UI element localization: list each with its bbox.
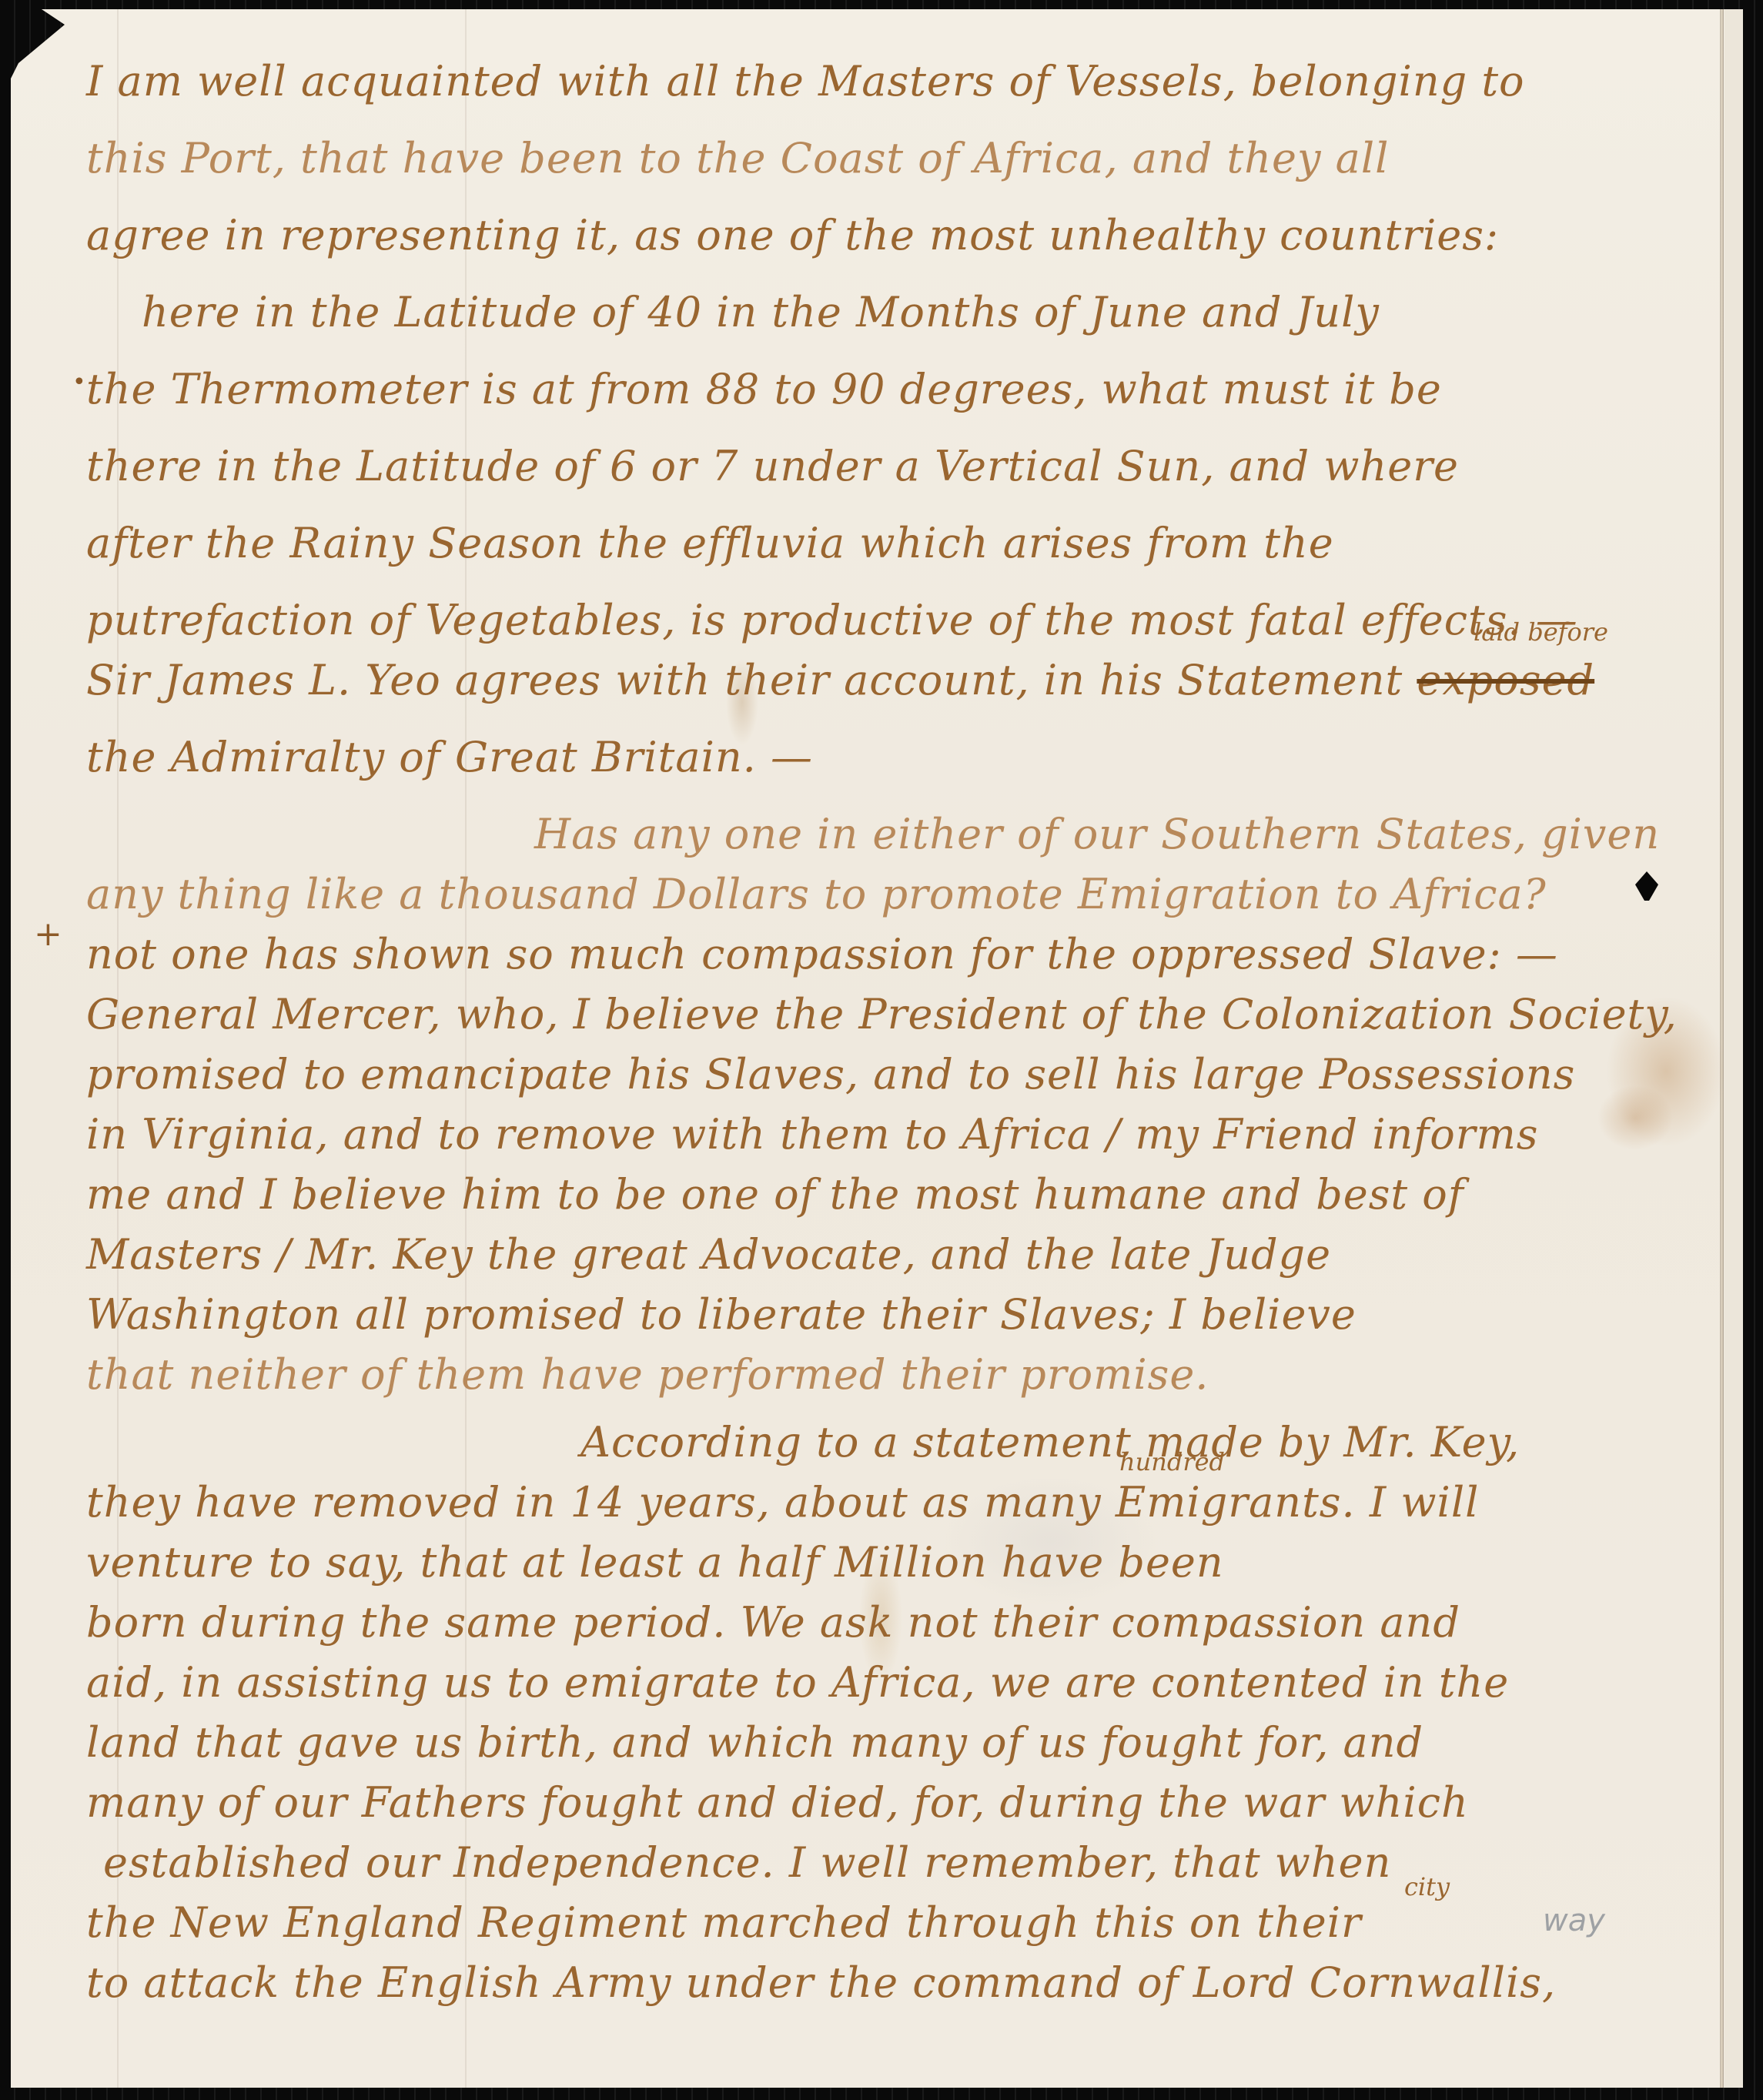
manuscript-line-23: venture to say, that at least a half Mil… <box>86 1538 1224 1587</box>
margin-cross-mark: + <box>34 918 62 951</box>
manuscript-line-19: Washington all promised to liberate thei… <box>86 1290 1357 1339</box>
manuscript-line-8: putrefaction of Vegetables, is productiv… <box>86 596 1578 644</box>
margin-dot-mark: • <box>72 371 86 394</box>
interlinear-insertion-hundred: hundred <box>1119 1447 1225 1476</box>
manuscript-line-25: aid, in assisting us to emigrate to Afri… <box>86 1658 1509 1707</box>
struck-word: exposed <box>1417 656 1594 704</box>
scan-frame: + • I am well acquainted with all the Ma… <box>0 0 1763 2100</box>
manuscript-line-14: General Mercer, who, I believe the Presi… <box>86 990 1678 1038</box>
manuscript-line-4: here in the Latitude of 40 in the Months… <box>142 288 1380 336</box>
manuscript-line-11: Has any one in either of our Southern St… <box>534 810 1660 858</box>
manuscript-sheet: + • I am well acquainted with all the Ma… <box>11 9 1743 2088</box>
manuscript-line-20: that neither of them have performed thei… <box>86 1350 1209 1399</box>
line-9-text: Sir James L. Yeo agrees with their accou… <box>86 656 1403 704</box>
manuscript-line-3: agree in representing it, as one of the … <box>86 211 1499 259</box>
manuscript-line-13: not one has shown so much compassion for… <box>86 930 1558 978</box>
manuscript-line-22: they have removed in 14 years, about as … <box>86 1478 1479 1527</box>
page-gutter <box>1720 9 1724 2088</box>
manuscript-line-6: there in the Latitude of 6 or 7 under a … <box>86 442 1459 490</box>
manuscript-line-24: born during the same period. We ask not … <box>86 1598 1460 1647</box>
manuscript-line-12: any thing like a thousand Dollars to pro… <box>86 870 1547 918</box>
manuscript-line-1: I am well acquainted with all the Master… <box>86 57 1525 105</box>
manuscript-line-16: in Virginia, and to remove with them to … <box>86 1110 1539 1159</box>
interlinear-insertion-city: city <box>1404 1872 1450 1901</box>
manuscript-line-29: the New England Regiment marched through… <box>86 1898 1362 1947</box>
manuscript-line-9: Sir James L. Yeo agrees with their accou… <box>86 656 1594 704</box>
manuscript-line-30: to attack the English Army under the com… <box>86 1958 1556 2007</box>
adjacent-page-edge <box>1725 9 1743 2088</box>
pencil-annotation-way: way <box>1543 1903 1605 1938</box>
manuscript-line-2: this Port, that have been to the Coast o… <box>86 134 1389 182</box>
manuscript-line-21: According to a statement made by Mr. Key… <box>580 1418 1520 1466</box>
interlinear-insertion-laid-before: laid before <box>1474 617 1608 647</box>
manuscript-line-5: the Thermometer is at from 88 to 90 degr… <box>86 365 1442 413</box>
fold-line-left <box>117 9 119 2088</box>
manuscript-line-27: many of our Fathers fought and died, for… <box>86 1778 1469 1827</box>
manuscript-line-17: me and I believe him to be one of the mo… <box>86 1170 1464 1219</box>
manuscript-line-15: promised to emancipate his Slaves, and t… <box>86 1050 1575 1098</box>
manuscript-line-28: established our Independence. I well rem… <box>103 1838 1391 1887</box>
manuscript-line-18: Masters / Mr. Key the great Advocate, an… <box>86 1230 1331 1279</box>
ink-blot-hole <box>1635 871 1658 901</box>
manuscript-line-26: land that gave us birth, and which many … <box>86 1718 1423 1767</box>
manuscript-line-7: after the Rainy Season the effluvia whic… <box>86 519 1334 567</box>
manuscript-line-10: the Admiralty of Great Britain. — <box>86 733 813 781</box>
